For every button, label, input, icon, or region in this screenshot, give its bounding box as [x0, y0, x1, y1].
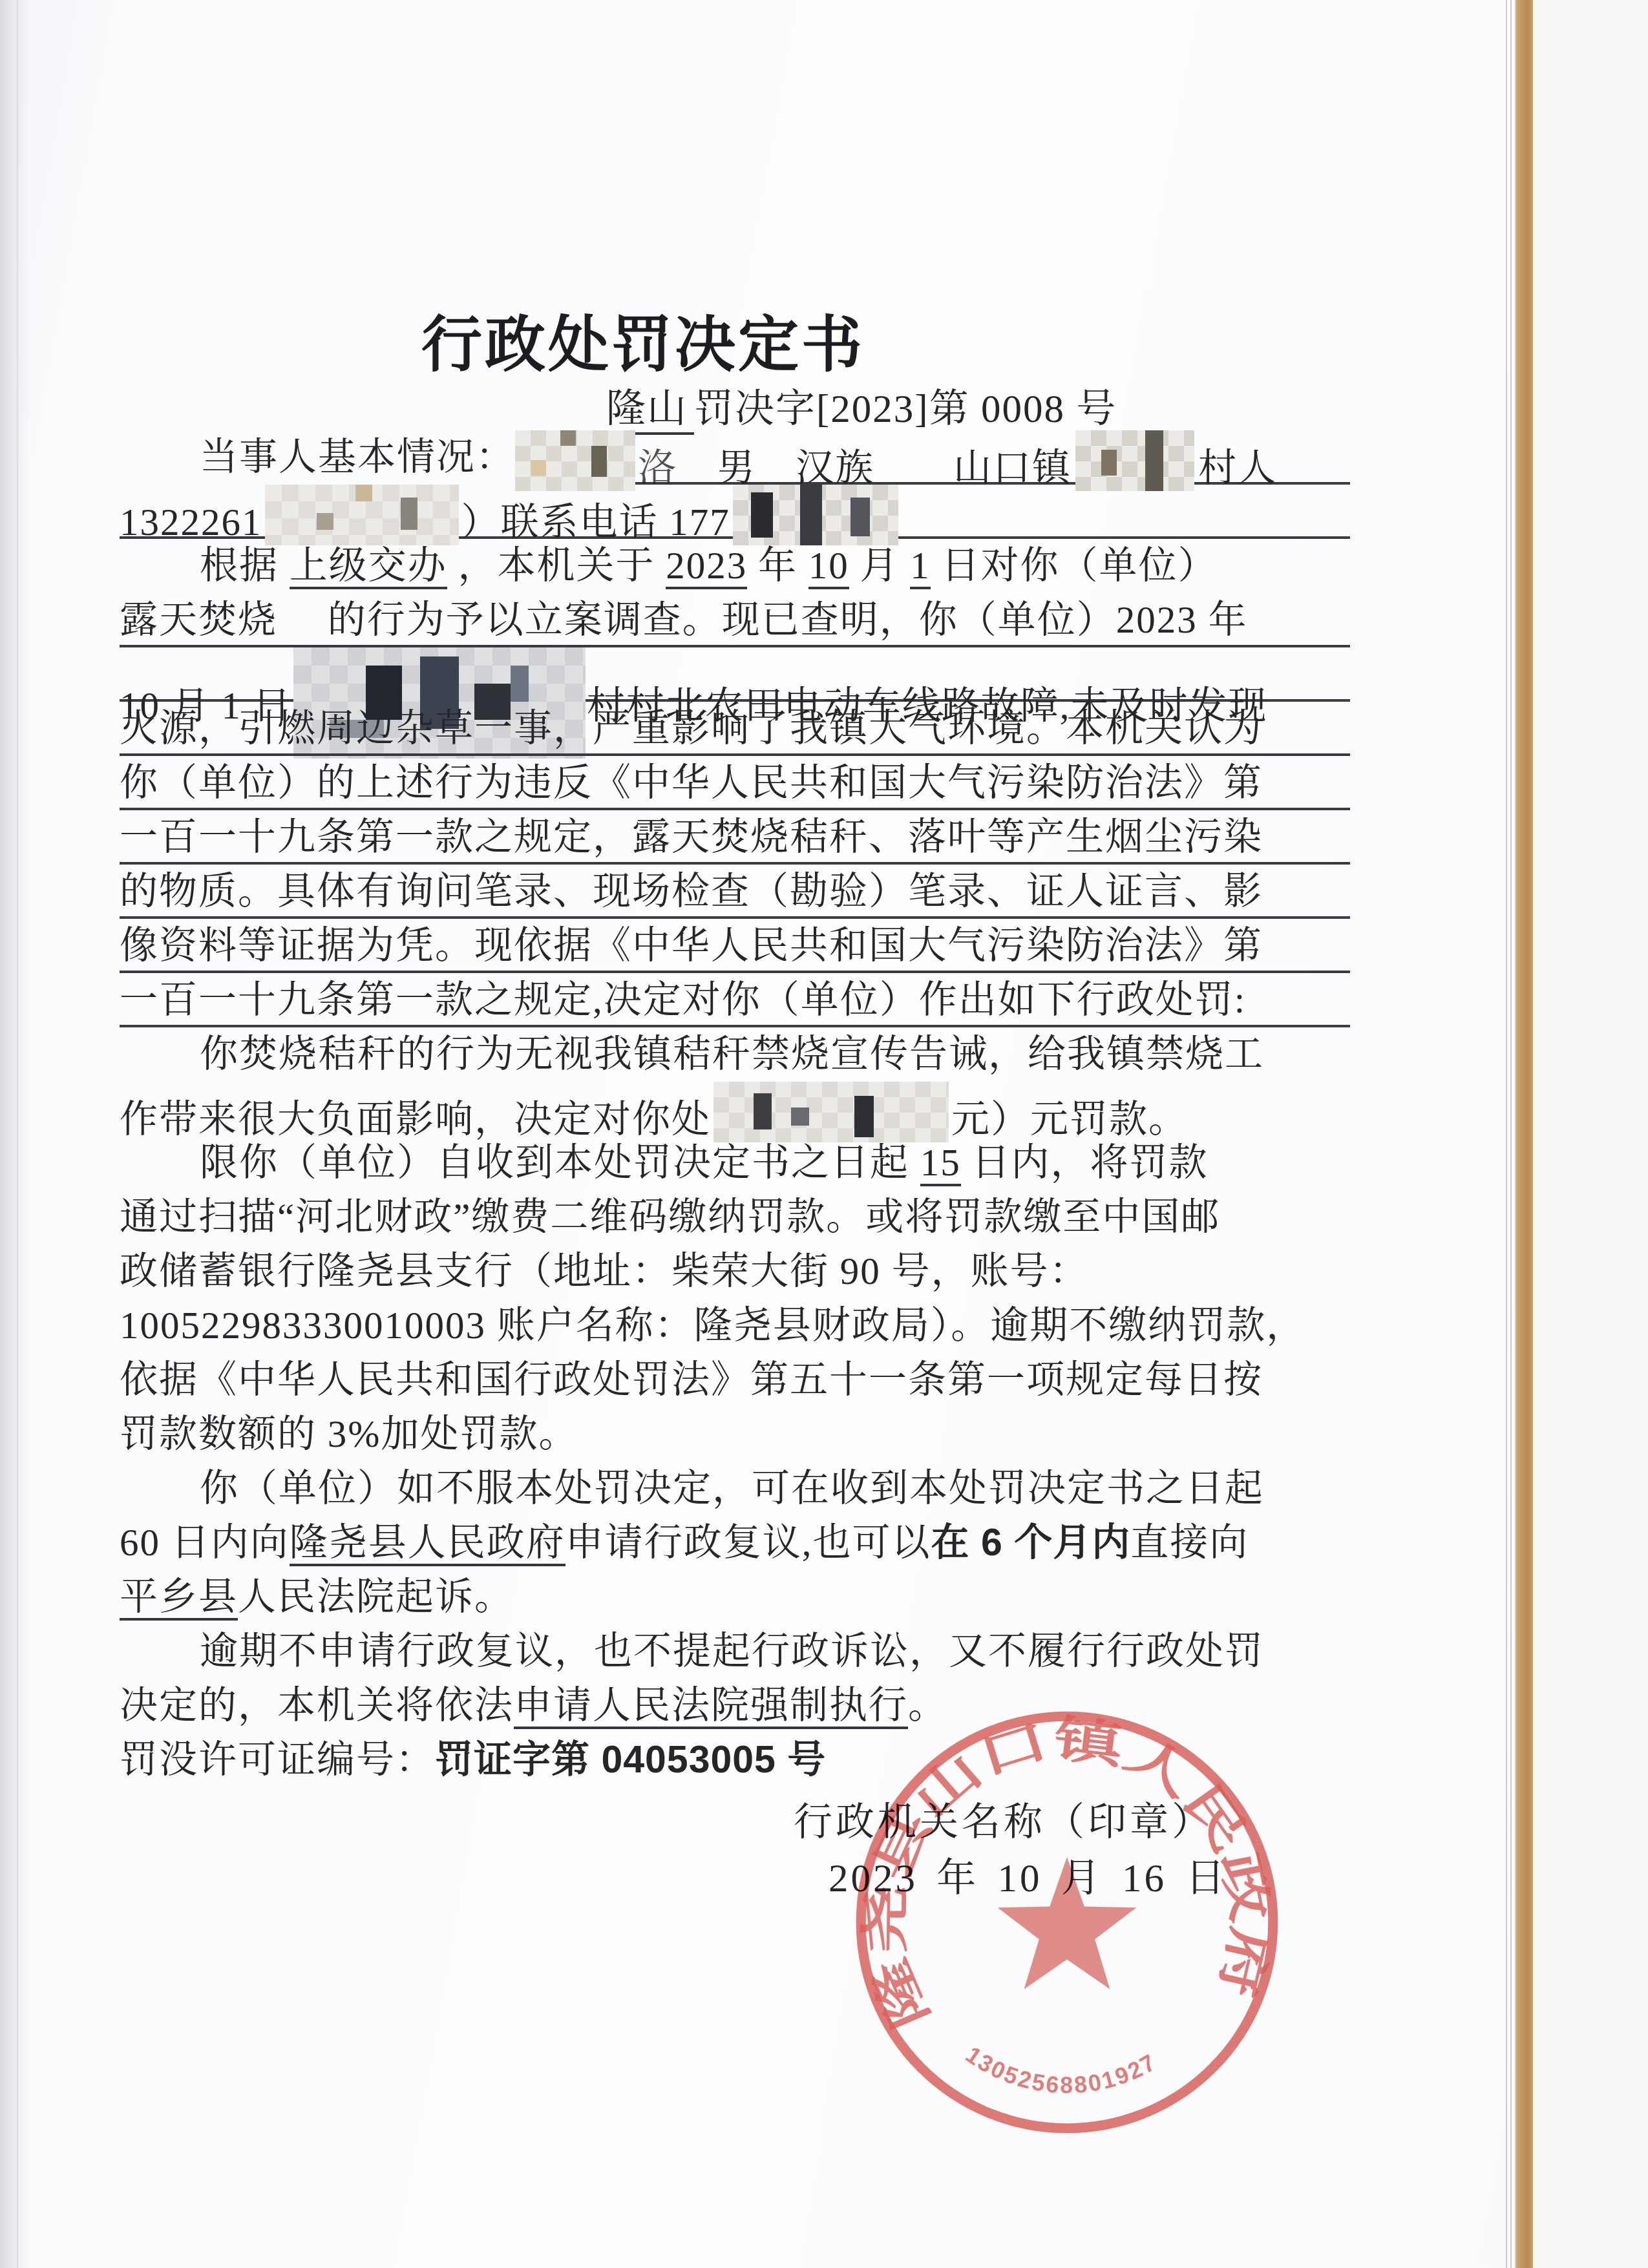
text-run: 限你（单位）自收到本处罚决定书之日起	[200, 1141, 920, 1184]
seal-star-icon	[998, 1857, 1137, 1989]
line-penalty-1: 你焚烧秸秆的行为无视我镇秸秆禁烧宣传告诫，给我镇禁烧工	[120, 1027, 1350, 1082]
blank-underline-year: 2023	[666, 544, 747, 589]
text-run: 作带来很大负面影响，决定对你处	[120, 1098, 711, 1140]
bold-six-months: 在 6 个月内	[931, 1521, 1131, 1564]
line-bank-account: 100522983330010003 账户名称：隆尧县财政局）。逾期不缴纳罚款，	[120, 1299, 1350, 1353]
text-run: 年	[747, 544, 808, 587]
party-info-label: 当事人基本情况：	[120, 430, 515, 485]
doc-number-text: 罚决字[2023]第 0008 号	[694, 388, 1117, 431]
redaction-mosaic-name	[515, 430, 635, 491]
page-right-edge-lines	[1506, 0, 1516, 2268]
text-run: ，本机关于	[447, 544, 666, 587]
underlined-county: 平乡县	[120, 1575, 238, 1621]
line-penalty-amount: 作带来很大负面影响，决定对你处元）元罚款。	[120, 1082, 1350, 1136]
document-title: 行政处罚决定书	[421, 296, 865, 383]
line-incident: 10 月 1 日村村北农田电动车线路故障,未及时发现	[120, 647, 1350, 702]
text-run: 申请行政复议,也可以	[565, 1521, 931, 1564]
line-late-penalty-2: 罚款数额的 3%加处罚款。	[120, 1407, 1350, 1462]
official-seal: 隆尧县山口镇人民政府 13052568801927	[845, 1701, 1289, 2144]
line-late-penalty-1: 依据《中华人民共和国行政处罚法》第五十一条第一项规定每日按	[120, 1353, 1350, 1407]
blank-underline-days: 15	[920, 1141, 961, 1186]
scanned-document: 行政处罚决定书 隆山罚决字[2023]第 0008 号 当事人基本情况：洛 男 …	[0, 0, 1648, 2268]
line-law-2: 一百一十九条第一款之规定，露天焚烧秸秆、落叶等产生烟尘污染	[120, 810, 1350, 865]
underlined-government: 隆尧县人民政府	[290, 1521, 565, 1566]
line-incident-2: 火源，引燃周边杂草一事，严重影响了我镇大气环境。本机关认为	[120, 702, 1350, 756]
line-payment-method: 通过扫描“河北财政”缴费二维码缴纳罚款。或将罚款缴至中国邮	[120, 1190, 1350, 1244]
text-run: ）联系电话 177	[461, 501, 730, 543]
line-party-info: 当事人基本情况：洛 男 汉族 山口镇村人	[120, 430, 1350, 485]
redaction-mosaic-phone	[733, 485, 898, 545]
book-board-edge-strip	[1516, 0, 1533, 2268]
text-run: 元）元罚款。	[951, 1098, 1188, 1140]
seal-code: 13052568801927	[961, 2041, 1161, 2098]
text-run: 根据	[200, 544, 290, 587]
text-run: 人民法院起诉。	[238, 1575, 514, 1618]
line-court: 平乡县人民法院起诉。	[120, 1570, 1350, 1624]
text-run: 月	[849, 544, 911, 587]
blank-underline-source: 上级交办	[290, 544, 447, 589]
line-appeal-1: 你（单位）如不服本处罚决定，可在收到本处罚决定书之日起	[120, 1462, 1350, 1516]
document-body: 当事人基本情况：洛 男 汉族 山口镇村人 1322261）联系电话 177 根据…	[120, 430, 1350, 1787]
text-run: 日对你（单位）	[931, 544, 1218, 587]
text-run: 村人	[1198, 446, 1277, 489]
line-decision-basis: 一百一十九条第一款之规定,决定对你（单位）作出如下行政处罚:	[120, 973, 1350, 1027]
doc-number-authority-blank: 隆山	[600, 388, 694, 435]
text-run: 60 日内向	[120, 1521, 290, 1564]
text-run: 决定的，本机关将依法	[120, 1684, 514, 1727]
name-tail-char: 洛	[638, 446, 677, 489]
id-number-prefix: 1322261	[120, 501, 262, 543]
line-appeal-2: 60 日内向隆尧县人民政府申请行政复议,也可以在 6 个月内直接向	[120, 1516, 1350, 1570]
line-enforcement-1: 逾期不申请行政复议，也不提起行政诉讼，又不履行行政处罚	[120, 1624, 1350, 1679]
line-payment-deadline: 限你（单位）自收到本处罚决定书之日起 15 日内，将罚款	[120, 1136, 1350, 1190]
line-evidence-1: 的物质。具体有询问笔录、现场检查（勘验）笔录、证人证言、影	[120, 865, 1350, 919]
page-left-edge-line	[17, 0, 18, 2268]
line-case-basis: 根据 上级交办 ，本机关于 2023 年 10 月 1 日对你（单位）	[120, 539, 1350, 593]
party-info-value: 洛 男 汉族 山口镇村人	[515, 430, 1350, 485]
text-run: 日内，将罚款	[961, 1141, 1209, 1184]
line-bank-address: 政储蓄银行隆尧县支行（地址：柴荣大街 90 号，账号：	[120, 1244, 1350, 1299]
blank-underline-month: 10	[808, 544, 849, 589]
document-number-line: 隆山罚决字[2023]第 0008 号	[600, 377, 1117, 434]
redaction-mosaic-amount	[713, 1082, 949, 1142]
text-run: 男 汉族 山口镇	[677, 446, 1072, 489]
scan-background-right	[1533, 0, 1648, 2268]
line-law-1: 你（单位）的上述行为违反《中华人民共和国大气污染防治法》第	[120, 756, 1350, 810]
text-run: 直接向	[1130, 1521, 1249, 1564]
license-value: 罚证字第 04053005 号	[435, 1738, 826, 1781]
line-violation: 露天焚烧 的行为予以立案调查。现已查明，你（单位）2023 年	[120, 593, 1350, 647]
license-label: 罚没许可证编号：	[120, 1738, 435, 1781]
line-evidence-2: 像资料等证据为凭。现依据《中华人民共和国大气污染防治法》第	[120, 919, 1350, 973]
page-left-edge-shadow	[0, 0, 30, 2268]
blank-underline-day: 1	[910, 544, 931, 589]
line-id-phone: 1322261）联系电话 177	[120, 485, 1350, 539]
redaction-mosaic-id	[265, 485, 459, 545]
redaction-mosaic-village	[1075, 430, 1194, 491]
